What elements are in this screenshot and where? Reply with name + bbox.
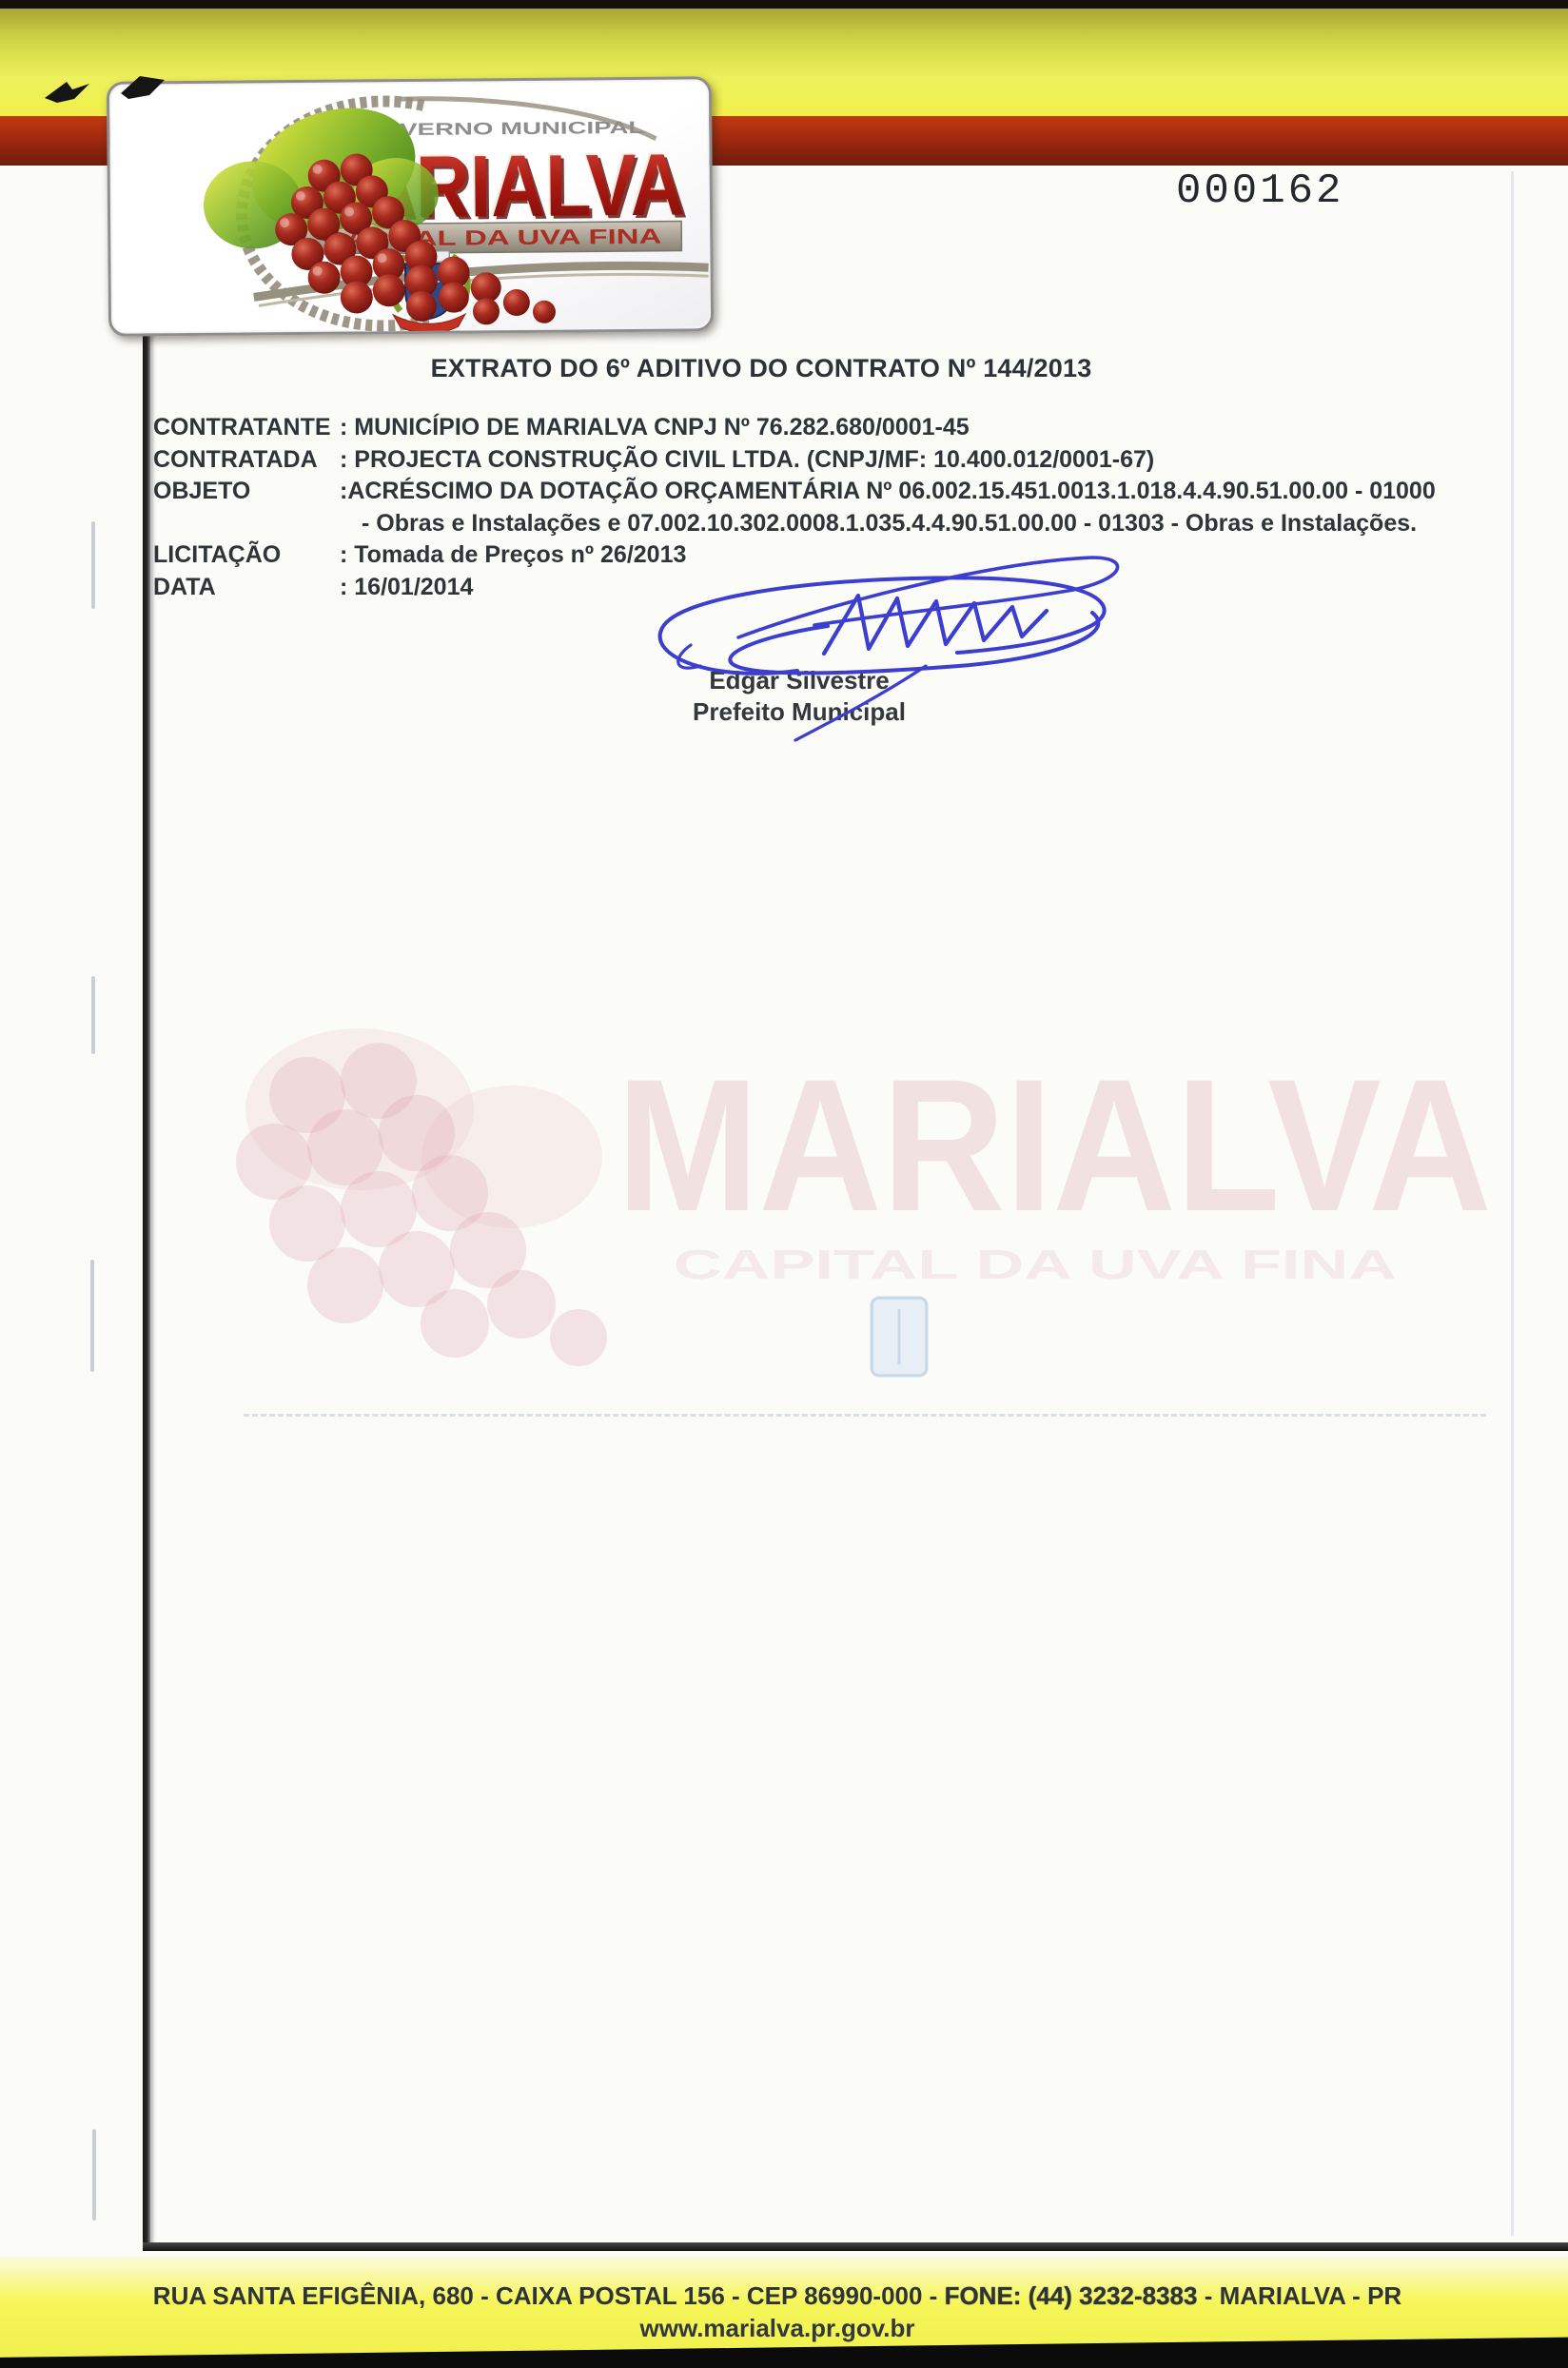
signer-title: Prefeito Municipal [655, 697, 944, 727]
document-title: EXTRATO DO 6º ADITIVO DO CONTRATO Nº 144… [152, 354, 1370, 383]
field-value: : MUNICÍPIO DE MARIALVA CNPJ Nº 76.282.6… [340, 412, 970, 444]
field-objeto: OBJETO :ACRÉSCIMO DA DOTAÇÃO ORÇAMENTÁRI… [153, 476, 1552, 508]
field-label: DATA [153, 572, 340, 604]
field-value: : PROJECTA CONSTRUÇÃO CIVIL LTDA. (CNPJ/… [340, 444, 1154, 477]
field-value: :ACRÉSCIMO DA DOTAÇÃO ORÇAMENTÁRIA Nº 06… [340, 476, 1436, 508]
paper-edge-artifact [91, 521, 95, 609]
contract-fields: CONTRATANTE : MUNICÍPIO DE MARIALVA CNPJ… [153, 412, 1552, 603]
footer-website: www.marialva.pr.gov.br [0, 2314, 1555, 2343]
signer-name: Edgar Silvestre [655, 666, 944, 695]
watermark-leaves [245, 1028, 602, 1228]
marialva-logo: MARIALVA MARIALVA MARIALVA GOVERNO MUNIC… [107, 76, 714, 337]
footer-address: RUA SANTA EFIGÊNIA, 680 - CAIXA POSTAL 1… [153, 2281, 945, 2310]
logo-watermark: MARIALVA CAPITAL DA UVA FINA [217, 1005, 1497, 1414]
footer-city: - MARIALVA - PR [1197, 2281, 1401, 2310]
watermark-grapes [236, 1043, 607, 1366]
watermark-name: MARIALVA [617, 1040, 1492, 1250]
watermark-shield [872, 1298, 927, 1376]
paper-edge-artifact [92, 2129, 96, 2221]
field-label: OBJETO [153, 476, 340, 508]
page-stamp-number: 000162 [1176, 167, 1343, 215]
scanned-document-page: MARIALVA MARIALVA MARIALVA GOVERNO MUNIC… [0, 0, 1568, 2368]
staple-marks [40, 70, 192, 112]
field-objeto-continuation: - Obras e Instalações e 07.002.10.302.00… [153, 508, 1552, 540]
field-value: : 16/01/2014 [340, 572, 473, 604]
left-frame-rule [143, 316, 150, 2245]
footer-address-line: RUA SANTA EFIGÊNIA, 680 - CAIXA POSTAL 1… [0, 2281, 1555, 2311]
paper-edge-artifact [90, 1260, 94, 1372]
paper-edge-artifact [91, 976, 95, 1054]
field-value: : Tomada de Preços nº 26/2013 [340, 539, 686, 572]
field-data: DATA : 16/01/2014 [153, 572, 1552, 604]
field-label: LICITAÇÃO [153, 539, 340, 572]
scan-edge-top [0, 0, 1568, 9]
field-label [153, 508, 340, 540]
field-contratada: CONTRATADA : PROJECTA CONSTRUÇÃO CIVIL L… [153, 444, 1552, 477]
faint-fold-line [244, 1414, 1486, 1417]
field-label: CONTRATANTE [153, 412, 340, 444]
field-value: - Obras e Instalações e 07.002.10.302.00… [340, 508, 1417, 540]
bottom-frame-rule [143, 2242, 1568, 2251]
marialva-logo-art: MARIALVA MARIALVA MARIALVA GOVERNO MUNIC… [109, 79, 711, 333]
field-label: CONTRATADA [153, 444, 340, 477]
field-contratante: CONTRATANTE : MUNICÍPIO DE MARIALVA CNPJ… [153, 412, 1552, 444]
field-licitacao: LICITAÇÃO : Tomada de Preços nº 26/2013 [153, 539, 1552, 572]
footer-phone: FONE: (44) 3232-8383 [945, 2281, 1198, 2310]
watermark-tagline: CAPITAL DA UVA FINA [674, 1242, 1397, 1288]
